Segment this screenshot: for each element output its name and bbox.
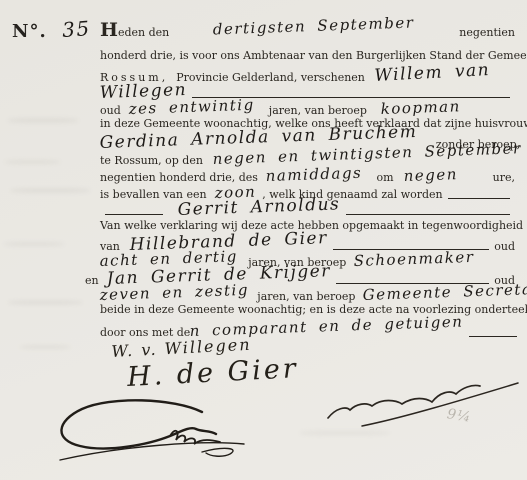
entry-witness2-age: zeven en zestig bbox=[99, 281, 249, 304]
act-number-label: N°. bbox=[12, 21, 47, 42]
act-line-11: Gerrit Arnoldus bbox=[100, 200, 515, 218]
entry-child-name: Gerrit Arnoldus bbox=[177, 194, 340, 220]
bleed-smudge bbox=[10, 188, 90, 193]
printed-text: om bbox=[377, 171, 394, 184]
printed-text: te Rossum, op den bbox=[100, 154, 203, 167]
signature-witness1: H. de Gier bbox=[126, 353, 299, 393]
printed-text: eden den bbox=[118, 26, 169, 39]
bleed-smudge bbox=[20, 345, 70, 349]
act-line-18: door ons met de n comparant en de getuig… bbox=[100, 322, 515, 340]
printed-text: ure, bbox=[493, 171, 515, 184]
entry-witness1-occupation: Schoenmaker bbox=[354, 248, 475, 270]
blank-rule bbox=[448, 198, 510, 199]
printed-text: door ons met de bbox=[100, 326, 190, 339]
act-line-16: zeven en zestig jaren, van beroep Gemeen… bbox=[100, 286, 515, 304]
act-number: N°. 35 bbox=[12, 18, 91, 42]
act-line-1: Heden den dertigsten September negentien bbox=[100, 22, 515, 40]
bleed-smudge bbox=[4, 242, 64, 246]
entry-declarant-occupation: koopman bbox=[380, 97, 461, 118]
blank-rule bbox=[105, 214, 163, 215]
entry-declarant-age: zes entwintig bbox=[128, 96, 255, 118]
bleed-smudge bbox=[300, 430, 390, 436]
printed-text: negentien bbox=[459, 26, 515, 39]
dropcap-initial: H bbox=[100, 19, 118, 41]
entry-birth-hour: negen bbox=[403, 165, 458, 185]
printed-text: oud bbox=[100, 104, 121, 117]
entry-date-of-act: dertigsten September bbox=[169, 12, 459, 40]
printed-text: honderd drie, is voor ons Ambtenaar van … bbox=[100, 49, 527, 62]
printed-text: en bbox=[85, 274, 99, 287]
bleed-smudge bbox=[8, 118, 78, 123]
act-line-9: negentien honderd drie, des namiddags om… bbox=[100, 167, 515, 185]
printed-text: jaren, van beroep bbox=[257, 290, 355, 303]
printed-text: jaren, van beroep bbox=[269, 104, 367, 117]
printed-text: negentien honderd drie, des bbox=[100, 171, 258, 184]
act-line-5: oud zes entwintig jaren, van beroep koop… bbox=[100, 100, 515, 118]
signature-witness2-scribble bbox=[322, 378, 522, 428]
entry-time-of-day: namiddags bbox=[265, 164, 362, 185]
signature-registrar-flourish bbox=[52, 396, 262, 464]
act-number-value: 35 bbox=[61, 16, 91, 42]
bleed-smudge bbox=[8, 300, 83, 305]
certificate-scan: N°. 35 Heden den dertigsten September ne… bbox=[0, 0, 527, 480]
blank-rule bbox=[346, 214, 510, 215]
bleed-smudge bbox=[5, 160, 60, 164]
blank-rule bbox=[469, 336, 517, 337]
